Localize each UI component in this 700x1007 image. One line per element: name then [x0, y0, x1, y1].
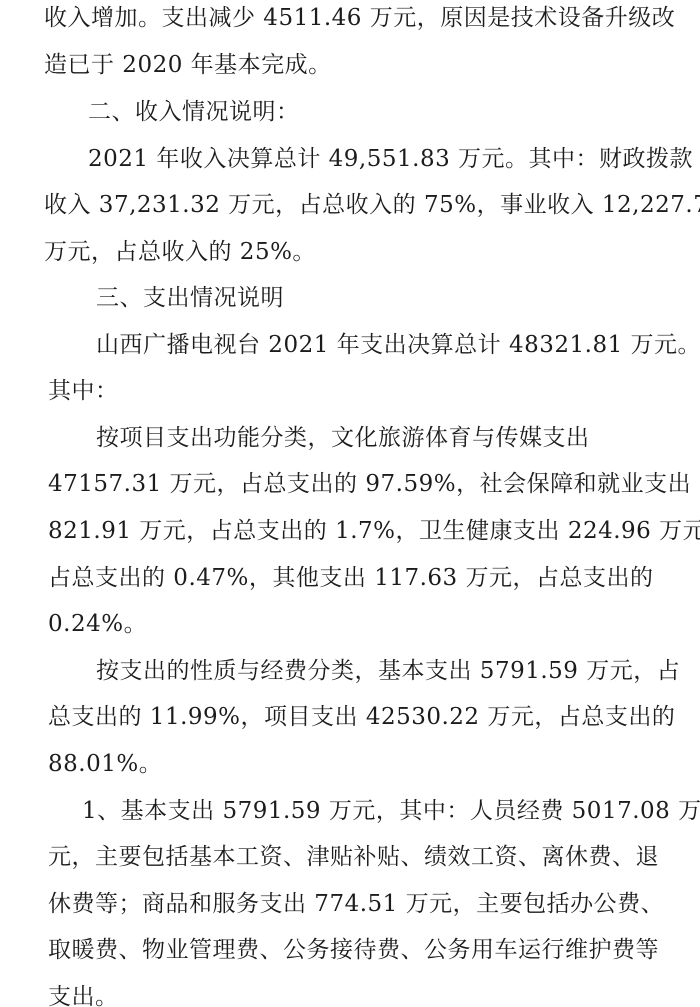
text-line: 47157.31 万元，占总支出的 97.59%，社会保障和就业支出 [48, 469, 691, 499]
text-line: 造已于 2020 年基本完成。 [44, 50, 332, 80]
text-line: 休费等；商品和服务支出 774.51 万元，主要包括办公费、 [48, 889, 664, 919]
section-heading-income: 二、收入情况说明： [88, 97, 300, 127]
text-line: 占总支出的 0.47%，其他支出 117.63 万元，占总支出的 [48, 563, 653, 593]
text-line: 元，主要包括基本工资、津贴补贴、绩效工资、离休费、退 [48, 842, 659, 872]
section-heading-expenditure: 三、支出情况说明 [96, 283, 284, 313]
text-line: 按支出的性质与经费分类，基本支出 5791.59 万元，占 [96, 656, 680, 686]
text-line: 取暖费、物业管理费、公务接待费、公务用车运行维护费等 [48, 935, 659, 965]
text-line: 支出。 [48, 982, 119, 1007]
text-line: 821.91 万元，占总支出的 1.7%，卫生健康支出 224.96 万元， [48, 516, 700, 546]
text-line: 收入 37,231.32 万元，占总收入的 75%，事业收入 12,227.76 [44, 190, 700, 220]
text-line: 2021 年收入决算总计 49,551.83 万元。其中：财政拨款 [88, 144, 693, 174]
text-line: 总支出的 11.99%，项目支出 42530.22 万元，占总支出的 [48, 702, 675, 732]
text-line: 按项目支出功能分类，文化旅游体育与传媒支出 [96, 423, 590, 453]
text-line: 88.01%。 [48, 749, 162, 779]
text-line: 万元，占总收入的 25%。 [44, 237, 316, 267]
text-line: 收入增加。支出减少 4511.46 万元，原因是技术设备升级改 [44, 3, 675, 33]
text-line: 0.24%。 [48, 609, 147, 639]
text-line: 1、基本支出 5791.59 万元，其中：人员经费 5017.08 万 [82, 796, 700, 826]
text-line: 山西广播电视台 2021 年支出决算总计 48321.81 万元。 [96, 330, 700, 360]
text-line: 其中： [48, 376, 119, 406]
